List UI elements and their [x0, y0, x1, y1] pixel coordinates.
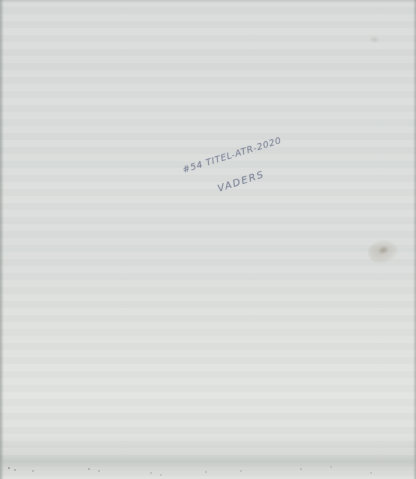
inscription-line-1: #54 TITEL-ATR-2020 [182, 136, 283, 176]
small-smudge [370, 36, 379, 43]
inscription-line-2: VADERS [216, 169, 266, 195]
artwork-back-photo: #54 TITEL-ATR-2020 VADERS [0, 0, 416, 479]
top-edge-shadow [0, 0, 416, 3]
paper-texture-banding [0, 0, 416, 479]
bottom-shadow-band [0, 457, 416, 471]
bottom-edge-speckles [8, 467, 10, 469]
left-edge-shadow [0, 0, 4, 479]
